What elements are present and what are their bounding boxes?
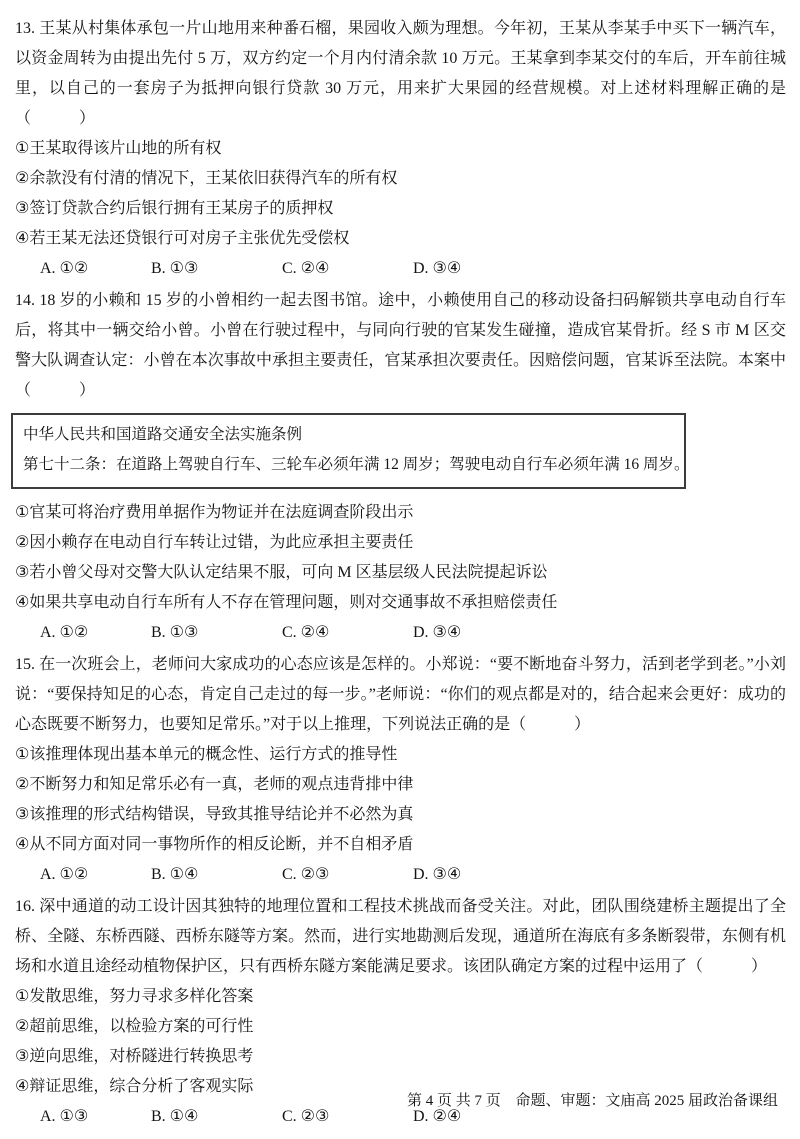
question-13-choice-d: D. ③④ [413, 254, 461, 284]
law-excerpt-title: 中华人民共和国道路交通安全法实施条例 [23, 420, 675, 450]
question-13-option-2: ②余款没有付清的情况下，王某依旧获得汽车的所有权 [15, 164, 786, 194]
question-16-option-3: ③逆向思维，对桥隧进行转换思考 [15, 1042, 786, 1072]
question-14-choice-c: C. ②④ [282, 618, 329, 648]
question-13: 13. 王某从村集体承包一片山地用来种番石榴，果园收入颇为理想。今年初，王某从李… [15, 14, 786, 284]
question-13-answer-row: A. ①② B. ①③ C. ②④ D. ③④ [15, 254, 786, 284]
question-14: 14. 18 岁的小赖和 15 岁的小曾相约一起去图书馆。途中，小赖使用自己的移… [15, 286, 786, 648]
question-15-choice-a: A. ①② [40, 860, 88, 890]
page-footer: 第 4 页 共 7 页 命题、审题：文庙高 2025 届政治备课组 [0, 1086, 800, 1116]
question-14-stem: 14. 18 岁的小赖和 15 岁的小曾相约一起去图书馆。途中，小赖使用自己的移… [15, 286, 786, 406]
question-13-choice-b: B. ①③ [151, 254, 198, 284]
question-15-option-1: ①该推理体现出基本单元的概念性、运行方式的推导性 [15, 740, 786, 770]
question-16-option-2: ②超前思维，以检验方案的可行性 [15, 1012, 786, 1042]
question-13-choice-c: C. ②④ [282, 254, 329, 284]
law-excerpt-article: 第七十二条：在道路上驾驶自行车、三轮车必须年满 12 周岁；驾驶电动自行车必须年… [23, 450, 675, 480]
question-14-option-4: ④如果共享电动自行车所有人不存在管理问题，则对交通事故不承担赔偿责任 [15, 588, 786, 618]
exam-page: 13. 王某从村集体承包一片山地用来种番石榴，果园收入颇为理想。今年初，王某从李… [0, 0, 800, 1132]
question-13-stem: 13. 王某从村集体承包一片山地用来种番石榴，果园收入颇为理想。今年初，王某从李… [15, 14, 786, 134]
page-number: 第 4 页 共 7 页 [407, 1086, 501, 1116]
question-15-choice-d: D. ③④ [413, 860, 461, 890]
question-13-option-1: ①王某取得该片山地的所有权 [15, 134, 786, 164]
question-15-option-4: ④从不同方面对同一事物所作的相反论断，并不自相矛盾 [15, 830, 786, 860]
footer-credits: 命题、审题：文庙高 2025 届政治备课组 [515, 1086, 778, 1116]
law-excerpt-box: 中华人民共和国道路交通安全法实施条例 第七十二条：在道路上驾驶自行车、三轮车必须… [11, 413, 686, 489]
question-15-option-3: ③该推理的形式结构错误，导致其推导结论并不必然为真 [15, 800, 786, 830]
question-14-choice-a: A. ①② [40, 618, 88, 648]
question-15: 15. 在一次班会上，老师问大家成功的心态应该是怎样的。小郑说：“要不断地奋斗努… [15, 650, 786, 890]
question-14-option-3: ③若小曾父母对交警大队认定结果不服，可向 M 区基层级人民法院提起诉讼 [15, 558, 786, 588]
question-15-stem: 15. 在一次班会上，老师问大家成功的心态应该是怎样的。小郑说：“要不断地奋斗努… [15, 650, 786, 740]
question-14-answer-row: A. ①② B. ①③ C. ②④ D. ③④ [15, 618, 786, 648]
question-13-option-3: ③签订贷款合约后银行拥有王某房子的质押权 [15, 194, 786, 224]
question-14-option-2: ②因小赖存在电动自行车转让过错，为此应承担主要责任 [15, 528, 786, 558]
question-14-option-1: ①官某可将治疗费用单据作为物证并在法庭调查阶段出示 [15, 498, 786, 528]
question-15-answer-row: A. ①② B. ①④ C. ②③ D. ③④ [15, 860, 786, 890]
question-14-choice-d: D. ③④ [413, 618, 461, 648]
question-13-choice-a: A. ①② [40, 254, 88, 284]
question-14-choice-b: B. ①③ [151, 618, 198, 648]
question-15-option-2: ②不断努力和知足常乐必有一真，老师的观点违背排中律 [15, 770, 786, 800]
question-16-stem: 16. 深中通道的动工设计因其独特的地理位置和工程技术挑战而备受关注。对此，团队… [15, 892, 786, 982]
question-15-choice-c: C. ②③ [282, 860, 329, 890]
question-13-option-4: ④若王某无法还贷银行可对房子主张优先受偿权 [15, 224, 786, 254]
question-16-option-1: ①发散思维，努力寻求多样化答案 [15, 982, 786, 1012]
question-15-choice-b: B. ①④ [151, 860, 198, 890]
